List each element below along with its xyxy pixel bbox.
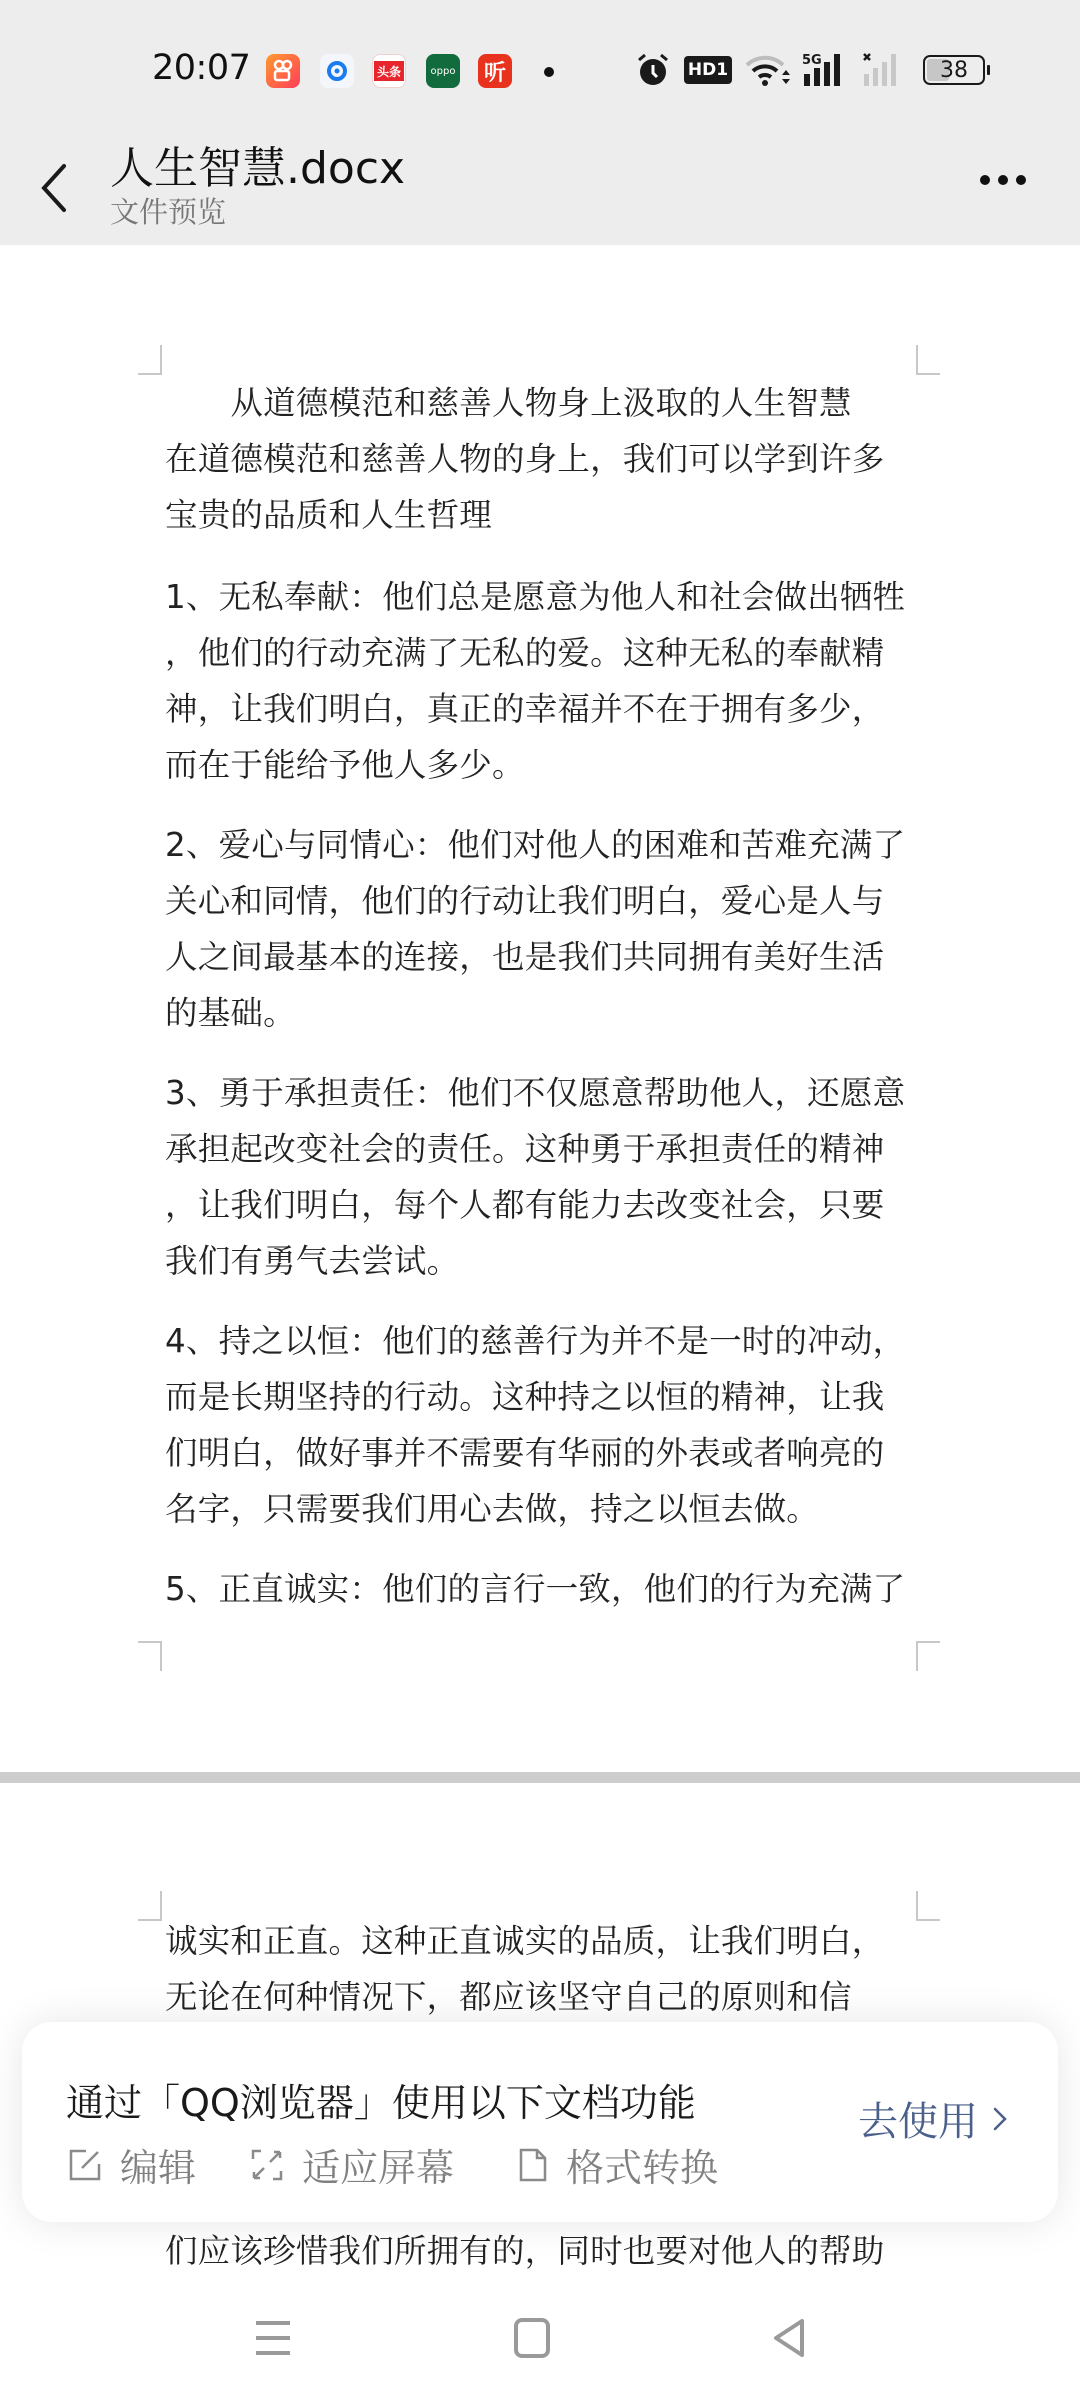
promo-title: 通过「QQ浏览器」使用以下文档功能 xyxy=(66,2072,696,2127)
feature-format-convert: 格式转换 xyxy=(518,2137,718,2192)
toutiao-app-icon: 头条 xyxy=(372,54,406,88)
kuaishou-app-icon xyxy=(266,54,300,88)
system-nav-bar xyxy=(0,2270,1080,2400)
svg-text:5G: 5G xyxy=(802,53,822,68)
document-line: 人之间最基本的连接，也是我们共同拥有美好生活 xyxy=(165,937,884,977)
more-notifications-dot xyxy=(544,67,554,77)
home-icon xyxy=(512,2318,552,2358)
document-line: 5、正直诚实：他们的言行一致，他们的行为充满了 xyxy=(165,1569,905,1609)
hd-voice-icon: HD1 xyxy=(688,52,728,88)
edit-icon xyxy=(68,2148,102,2182)
fit-screen-icon xyxy=(250,2148,284,2182)
document-line: 1、无私奉献：他们总是愿意为他人和社会做出牺牲 xyxy=(165,577,905,617)
document-line: 的基础。 xyxy=(165,993,296,1033)
page-margin-mark xyxy=(138,345,162,375)
back-button[interactable] xyxy=(36,158,76,218)
wifi-icon xyxy=(744,52,790,88)
document-title: 人生智慧.docx xyxy=(110,132,405,196)
page-margin-mark xyxy=(138,1641,162,1671)
back-triangle-icon xyxy=(770,2318,810,2358)
recent-apps-button[interactable] xyxy=(244,2308,304,2368)
feature-edit: 编辑 xyxy=(68,2137,196,2192)
ting-app-icon: 听 xyxy=(478,54,512,88)
page-margin-mark xyxy=(138,1891,162,1921)
document-line: 无论在何种情况下，都应该坚守自己的原则和信 xyxy=(165,1977,852,2017)
document-line: 们明白，做好事并不需要有华丽的外表或者响亮的 xyxy=(165,1433,884,1473)
document-line: 4、持之以恒：他们的慈善行为并不是一时的冲动， xyxy=(165,1321,905,1361)
feature-fit-screen: 适应屏幕 xyxy=(250,2137,454,2192)
more-options-button[interactable] xyxy=(970,160,1036,200)
home-button[interactable] xyxy=(502,2308,562,2368)
document-line: 3、勇于承担责任：他们不仅愿意帮助他人，还愿意 xyxy=(165,1073,905,1113)
app-bar: 人生智慧.docx 文件预览 xyxy=(0,120,1080,245)
chevron-left-icon xyxy=(36,158,76,218)
document-line: ，他们的行动充满了无私的爱。这种无私的奉献精 xyxy=(165,633,884,673)
battery-icon: 38 xyxy=(920,52,988,88)
document-line: 2、爱心与同情心：他们对他人的困难和苦难充满了 xyxy=(165,825,905,865)
page-margin-mark xyxy=(916,1641,940,1671)
document-line: 诚实和正直。这种正直诚实的品质，让我们明白， xyxy=(165,1921,884,1961)
document-heading: 从道德模范和慈善人物身上汲取的人生智慧 xyxy=(165,383,852,423)
status-time: 20:07 xyxy=(152,48,250,88)
system-back-button[interactable] xyxy=(760,2308,820,2368)
page-separator xyxy=(0,1772,1080,1783)
signal-5g-icon: 5G xyxy=(802,52,848,88)
menu-icon xyxy=(254,2318,294,2358)
qq-browser-app-icon xyxy=(320,54,354,88)
chevron-right-icon xyxy=(992,2105,1008,2133)
status-bar: 20:07 头条 oppo 听 HD1 5G 38 xyxy=(0,0,1080,120)
document-line: 在道德模范和慈善人物的身上，我们可以学到许多 xyxy=(165,439,884,479)
document-line: 名字，只需要我们用心去做，持之以恒去做。 xyxy=(165,1489,819,1529)
document-line: 而是长期坚持的行动。这种持之以恒的精神，让我 xyxy=(165,1377,884,1417)
document-line: 承担起改变社会的责任。这种勇于承担责任的精神 xyxy=(165,1129,884,1169)
dot-icon xyxy=(980,175,990,185)
oppo-app-icon: oppo xyxy=(426,54,460,88)
document-line: 们应该珍惜我们所拥有的，同时也要对他人的帮助 xyxy=(165,2231,884,2271)
document-line: 关心和同情，他们的行动让我们明白，爱心是人与 xyxy=(165,881,884,921)
dot-icon xyxy=(1016,175,1026,185)
document-line: ，让我们明白，每个人都有能力去改变社会，只要 xyxy=(165,1185,884,1225)
document-viewer[interactable]: 从道德模范和慈善人物身上汲取的人生智慧 在道德模范和慈善人物的身上，我们可以学到… xyxy=(0,245,1080,2275)
signal-no-sim-icon xyxy=(862,52,902,88)
go-use-button[interactable]: 去使用 xyxy=(858,2090,1008,2147)
page-margin-mark xyxy=(916,1891,940,1921)
dot-icon xyxy=(998,175,1008,185)
document-line: 神，让我们明白，真正的幸福并不在于拥有多少， xyxy=(165,689,884,729)
alarm-icon xyxy=(636,52,670,88)
document-subtitle: 文件预览 xyxy=(110,190,226,231)
document-line: 我们有勇气去尝试。 xyxy=(165,1241,459,1281)
document-line: 而在于能给予他人多少。 xyxy=(165,745,525,785)
file-icon xyxy=(518,2147,548,2183)
qq-browser-promo-card[interactable]: 通过「QQ浏览器」使用以下文档功能 编辑 适应屏幕 格式转换 去使用 xyxy=(22,2022,1058,2222)
page-margin-mark xyxy=(916,345,940,375)
document-line: 宝贵的品质和人生哲理 xyxy=(165,495,492,535)
